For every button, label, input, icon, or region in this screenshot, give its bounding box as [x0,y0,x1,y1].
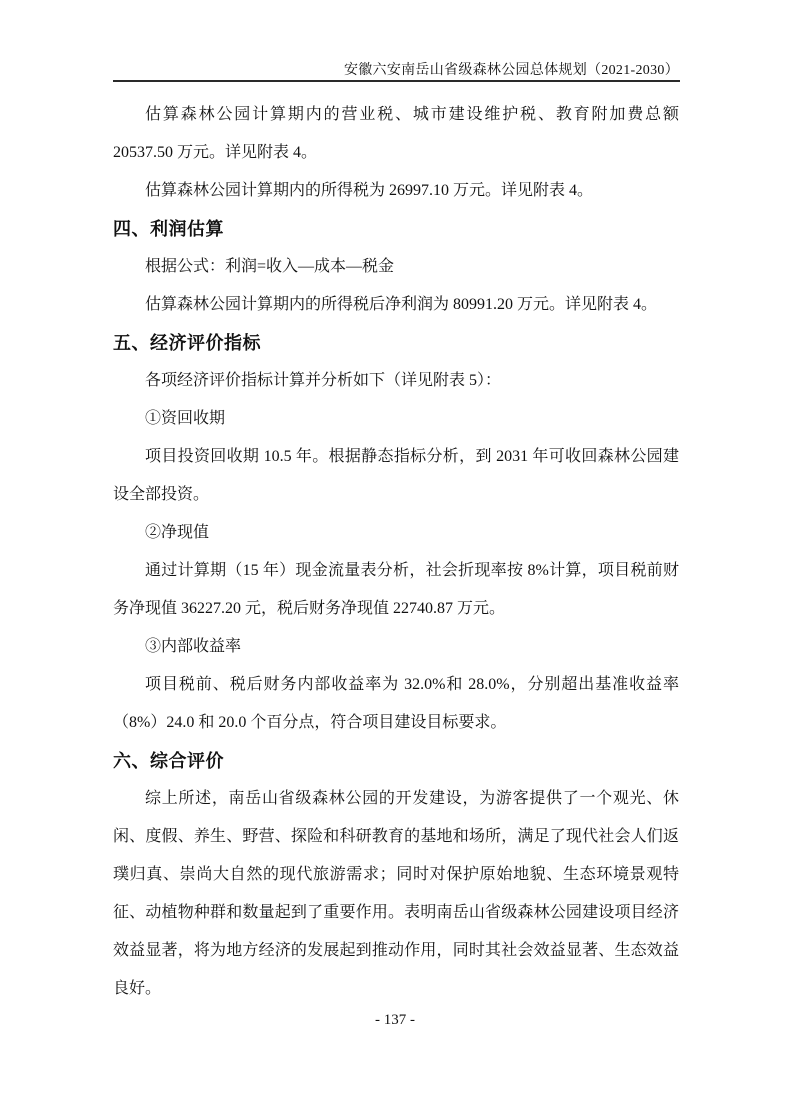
paragraph-overall-evaluation: 综上所述，南岳山省级森林公园的开发建设，为游客提供了一个观光、休闲、度假、养生、… [113,780,679,1008]
list-item-irr-title: ③内部收益率 [113,628,679,666]
paragraph-payback-period: 项目投资回收期 10.5 年。根据静态指标分析，到 2031 年可收回森林公园建… [113,438,679,514]
section-heading-overall-evaluation: 六、综合评价 [113,742,679,780]
document-page: 安徽六安南岳山省级森林公园总体规划（2021-2030） 估算森林公园计算期内的… [0,0,790,1118]
header-rule [113,80,680,82]
section-heading-economic-indicators: 五、经济评价指标 [113,324,679,362]
document-body: 估算森林公园计算期内的营业税、城市建设维护税、教育附加费总额 20537.50 … [113,96,679,1008]
paragraph-tax-total: 估算森林公园计算期内的营业税、城市建设维护税、教育附加费总额 20537.50 … [113,96,679,172]
header-title: 安徽六安南岳山省级森林公园总体规划（2021-2030） [113,59,679,79]
paragraph-irr: 项目税前、税后财务内部收益率为 32.0%和 28.0%，分别超出基准收益率（8… [113,666,679,742]
paragraph-indicators-intro: 各项经济评价指标计算并分析如下（详见附表 5）： [113,362,679,400]
list-item-npv-title: ②净现值 [113,514,679,552]
paragraph-npv: 通过计算期（15 年）现金流量表分析，社会折现率按 8%计算，项目税前财务净现值… [113,552,679,628]
page-number: - 137 - [0,1012,790,1029]
paragraph-profit-formula: 根据公式：利润=收入—成本—税金 [113,248,679,286]
section-heading-profit-estimate: 四、利润估算 [113,210,679,248]
list-item-payback-period-title: ①资回收期 [113,400,679,438]
paragraph-net-profit: 估算森林公园计算期内的所得税后净利润为 80991.20 万元。详见附表 4。 [113,286,679,324]
paragraph-income-tax: 估算森林公园计算期内的所得税为 26997.10 万元。详见附表 4。 [113,172,679,210]
